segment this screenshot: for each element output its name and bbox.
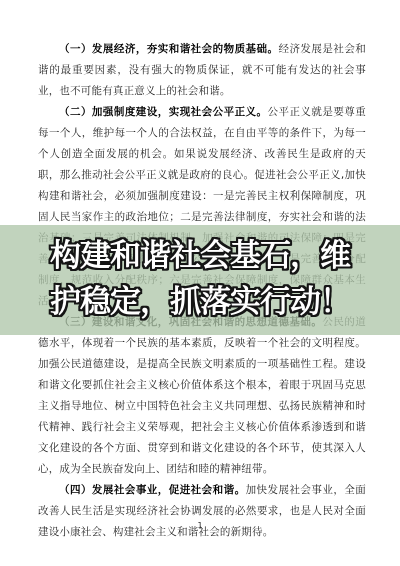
paragraph-2-heading: （二）加强制度建设，实现社会公平正义。 [59,106,268,118]
paragraph-4: （四）发展社会事业，促进社会和谐。加快发展社会事业，全面改善人民生活是实现经济社… [38,480,366,543]
paragraph-3: （三）建设和谐文化，巩固社会和谐的思想道德基础。公民的道德水平，体现着一个民族的… [38,312,366,480]
paragraph-1-heading: （一）发展经济，夯实和谐社会的物质基础。 [59,43,278,55]
page-number: 1 [0,521,400,531]
watermark-title: 构建和谐社会基石，维 护稳定，抓落实行动！ [0,233,400,325]
watermark-title-line-1: 构建和谐社会基石，维 [0,233,400,279]
paragraph-3-text: 公民的道德水平，体现着一个民族的基本素质，反映着一个社会的文明程度。加强公民道德… [38,316,366,475]
watermark-title-line-2: 护稳定，抓落实行动！ [0,279,400,325]
document-page: （一）发展经济，夯实和谐社会的物质基础。经济发展是社会和谐的最重要因素，没有强大… [0,0,400,566]
paragraph-4-heading: （四）发展社会事业，促进社会和谐。 [59,484,246,496]
paragraph-1: （一）发展经济，夯实和谐社会的物质基础。经济发展是社会和谐的最重要因素，没有强大… [38,39,366,102]
